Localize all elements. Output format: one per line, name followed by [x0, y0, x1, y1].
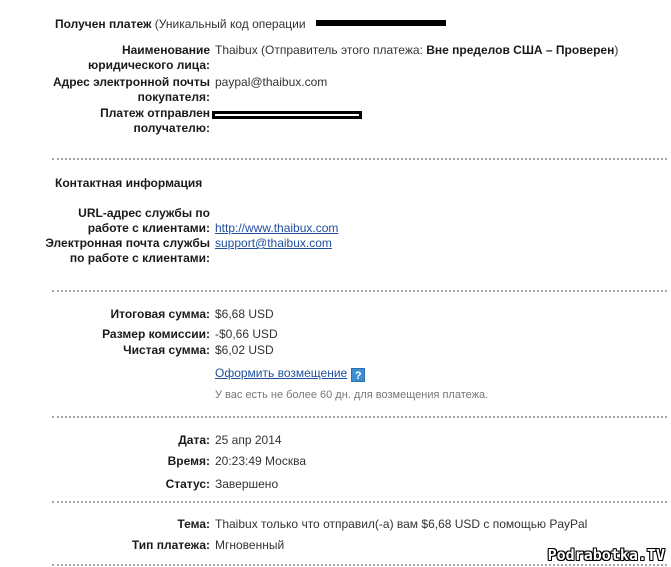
support-url-link[interactable]: http://www.thaibux.com — [215, 221, 338, 235]
payment-header-code-label: (Уникальный код операции — [151, 17, 305, 31]
separator — [52, 564, 667, 566]
value-payment-type: Мгновенный — [215, 538, 284, 553]
label-gross-amount: Итоговая сумма: — [40, 307, 210, 322]
separator — [52, 501, 667, 503]
contact-heading: Контактная информация — [55, 176, 202, 190]
help-icon[interactable]: ? — [351, 368, 365, 382]
value-legal-name: Thaibux (Отправитель этого платежа: Вне … — [215, 43, 618, 58]
label-buyer-email: Адрес электронной почты покупателя: — [40, 75, 210, 105]
value-status: Завершено — [215, 477, 278, 492]
refund-row: Оформить возмещение? — [215, 366, 365, 382]
value-fee: -$0,66 USD — [215, 327, 278, 342]
payment-header-title: Получен платеж — [55, 17, 151, 31]
value-gross-amount: $6,68 USD — [215, 307, 274, 322]
value-date: 25 апр 2014 — [215, 433, 282, 448]
label-status: Статус: — [40, 477, 210, 492]
sender-name: Thaibux (Отправитель этого платежа: — [215, 43, 426, 57]
sender-status-close: ) — [614, 43, 618, 57]
label-support-email: Электронная почта службы по работе с кли… — [40, 236, 210, 266]
label-date: Дата: — [40, 433, 210, 448]
separator — [52, 416, 667, 418]
value-net-amount: $6,02 USD — [215, 343, 274, 358]
label-fee: Размер комиссии: — [40, 327, 210, 342]
redacted-recipient-email — [212, 111, 362, 119]
label-subject: Тема: — [40, 517, 210, 532]
label-net-amount: Чистая сумма: — [40, 343, 210, 358]
value-subject: Thaibux только что отправил(-а) вам $6,6… — [215, 517, 587, 532]
label-legal-name: Наименование юридического лица: — [40, 43, 210, 73]
watermark: Podrabotka.TV — [548, 546, 665, 564]
payment-details-page: Получен платеж (Уникальный код операции … — [0, 0, 671, 567]
label-sent-to: Платеж отправлен получателю: — [40, 106, 210, 136]
label-support-url: URL-адрес службы по работе с клиентами: — [40, 206, 210, 236]
support-email-link[interactable]: support@thaibux.com — [215, 236, 332, 250]
separator — [52, 290, 667, 292]
separator — [52, 158, 667, 160]
label-time: Время: — [40, 454, 210, 469]
issue-refund-link[interactable]: Оформить возмещение — [215, 366, 347, 380]
refund-note: У вас есть не более 60 дн. для возмещени… — [215, 388, 488, 403]
sender-status: Вне пределов США – Проверен — [426, 43, 614, 57]
value-time: 20:23:49 Москва — [215, 454, 306, 469]
payment-header: Получен платеж (Уникальный код операции — [55, 17, 306, 31]
label-payment-type: Тип платежа: — [40, 538, 210, 553]
redacted-transaction-id — [316, 20, 446, 26]
value-buyer-email: paypal@thaibux.com — [215, 75, 327, 90]
